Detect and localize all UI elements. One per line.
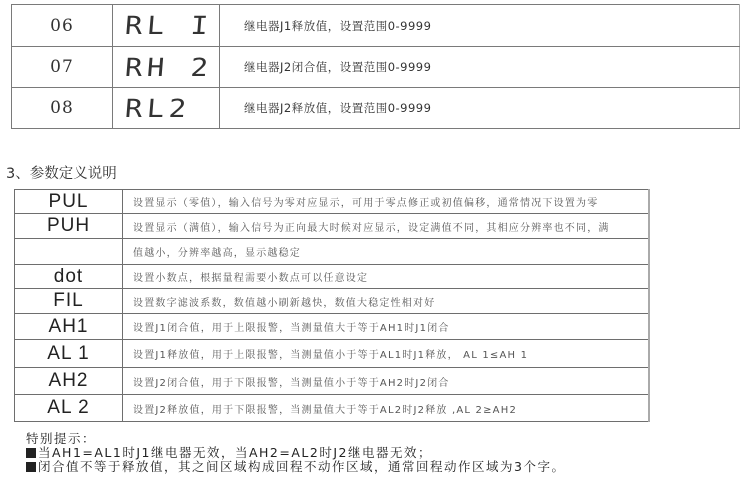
param-name: FIL [15, 289, 123, 314]
table-row: PUL 设置显示（零值），输入信号为零对应显示，可用于零点修正或初值偏移，通常情… [15, 190, 650, 214]
param-name: AL 1 [15, 340, 123, 368]
segment-code: RL I [124, 11, 214, 40]
table-row: AH2 设置J2闭合值，用于下限报警，当测量值小于等于AH2时J2闭合 [15, 368, 650, 395]
table-row: FIL 设置数字滤波系数，数值越小刷新越快，数值大稳定性相对好 [15, 289, 650, 314]
param-description: 设置J1释放值，用于上限报警，当测量值小于等于AL1时J1释放， AL 1≤AH… [123, 340, 650, 368]
param-name: AH2 [15, 368, 123, 395]
segment-code: RH 2 [124, 53, 214, 82]
parameter-definition-table: PUL 设置显示（零值），输入信号为零对应显示，可用于零点修正或初值偏移，通常情… [14, 189, 650, 422]
row-number: 07 [12, 47, 113, 88]
param-name: AH1 [15, 314, 123, 340]
param-description: 设置J2闭合值，用于下限报警，当测量值小于等于AH2时J2闭合 [123, 368, 650, 395]
square-bullet-icon [26, 448, 36, 458]
table-row: 值越小，分辨率越高，显示越稳定 [15, 239, 650, 265]
param-name: AL 2 [15, 395, 123, 422]
table-row: AL 2 设置J2释放值，用于下限报警，当测量值大于等于AL2时J2释放 ,AL… [15, 395, 650, 422]
param-description: 设置显示（零值），输入信号为零对应显示，可用于零点修正或初值偏移，通常情况下设置… [123, 190, 650, 214]
param-name: PUL [15, 190, 123, 214]
param-description: 设置J1闭合值，用于上限报警，当测量值大于等于AH1时J1闭合 [123, 314, 650, 340]
param-name: PUH [15, 214, 123, 239]
table-row: 06 RL I 继电器J1释放值，设置范围0-9999 [12, 5, 740, 47]
note-item: 当AH1=AL1时J1继电器无效，当AH2=AL2时J2继电器无效； [26, 446, 565, 460]
notes-title: 特别提示： [26, 432, 565, 446]
table-row: 07 RH 2 继电器J2闭合值，设置范围0-9999 [12, 47, 740, 88]
param-description: 设置显示（满值），输入信号为正向最大时候对应显示，设定满值不同，其相应分辨率也不… [123, 214, 650, 239]
table-row: AH1 设置J1闭合值，用于上限报警，当测量值大于等于AH1时J1闭合 [15, 314, 650, 340]
relay-settings-table: 06 RL I 继电器J1释放值，设置范围0-9999 07 RH 2 继电器J… [11, 4, 740, 129]
table-row: PUH 设置显示（满值），输入信号为正向最大时候对应显示，设定满值不同，其相应分… [15, 214, 650, 239]
table-row: dot 设置小数点，根据量程需要小数点可以任意设定 [15, 265, 650, 289]
row-description: 继电器J2释放值，设置范围0-9999 [220, 88, 740, 129]
table-row: 08 RL2 继电器J2释放值，设置范围0-9999 [12, 88, 740, 129]
row-description: 继电器J1释放值，设置范围0-9999 [220, 5, 740, 47]
row-number: 08 [12, 88, 113, 129]
param-name [15, 239, 123, 265]
square-bullet-icon [26, 462, 36, 472]
section-heading: 3、参数定义说明 [6, 162, 117, 183]
param-description: 值越小，分辨率越高，显示越稳定 [123, 239, 650, 265]
param-description: 设置J2释放值，用于下限报警，当测量值大于等于AL2时J2释放 ,AL 2≥AH… [123, 395, 650, 422]
param-description: 设置小数点，根据量程需要小数点可以任意设定 [123, 265, 650, 289]
row-number: 06 [12, 5, 113, 47]
param-description: 设置数字滤波系数，数值越小刷新越快，数值大稳定性相对好 [123, 289, 650, 314]
special-notes: 特别提示： 当AH1=AL1时J1继电器无效，当AH2=AL2时J2继电器无效；… [26, 432, 565, 474]
note-item: 闭合值不等于释放值，其之间区域构成回程不动作区域，通常回程动作区域为3个字。 [26, 460, 565, 474]
segment-code: RL2 [124, 94, 192, 123]
row-description: 继电器J2闭合值，设置范围0-9999 [220, 47, 740, 88]
param-name: dot [15, 265, 123, 289]
table-row: AL 1 设置J1释放值，用于上限报警，当测量值小于等于AL1时J1释放， AL… [15, 340, 650, 368]
